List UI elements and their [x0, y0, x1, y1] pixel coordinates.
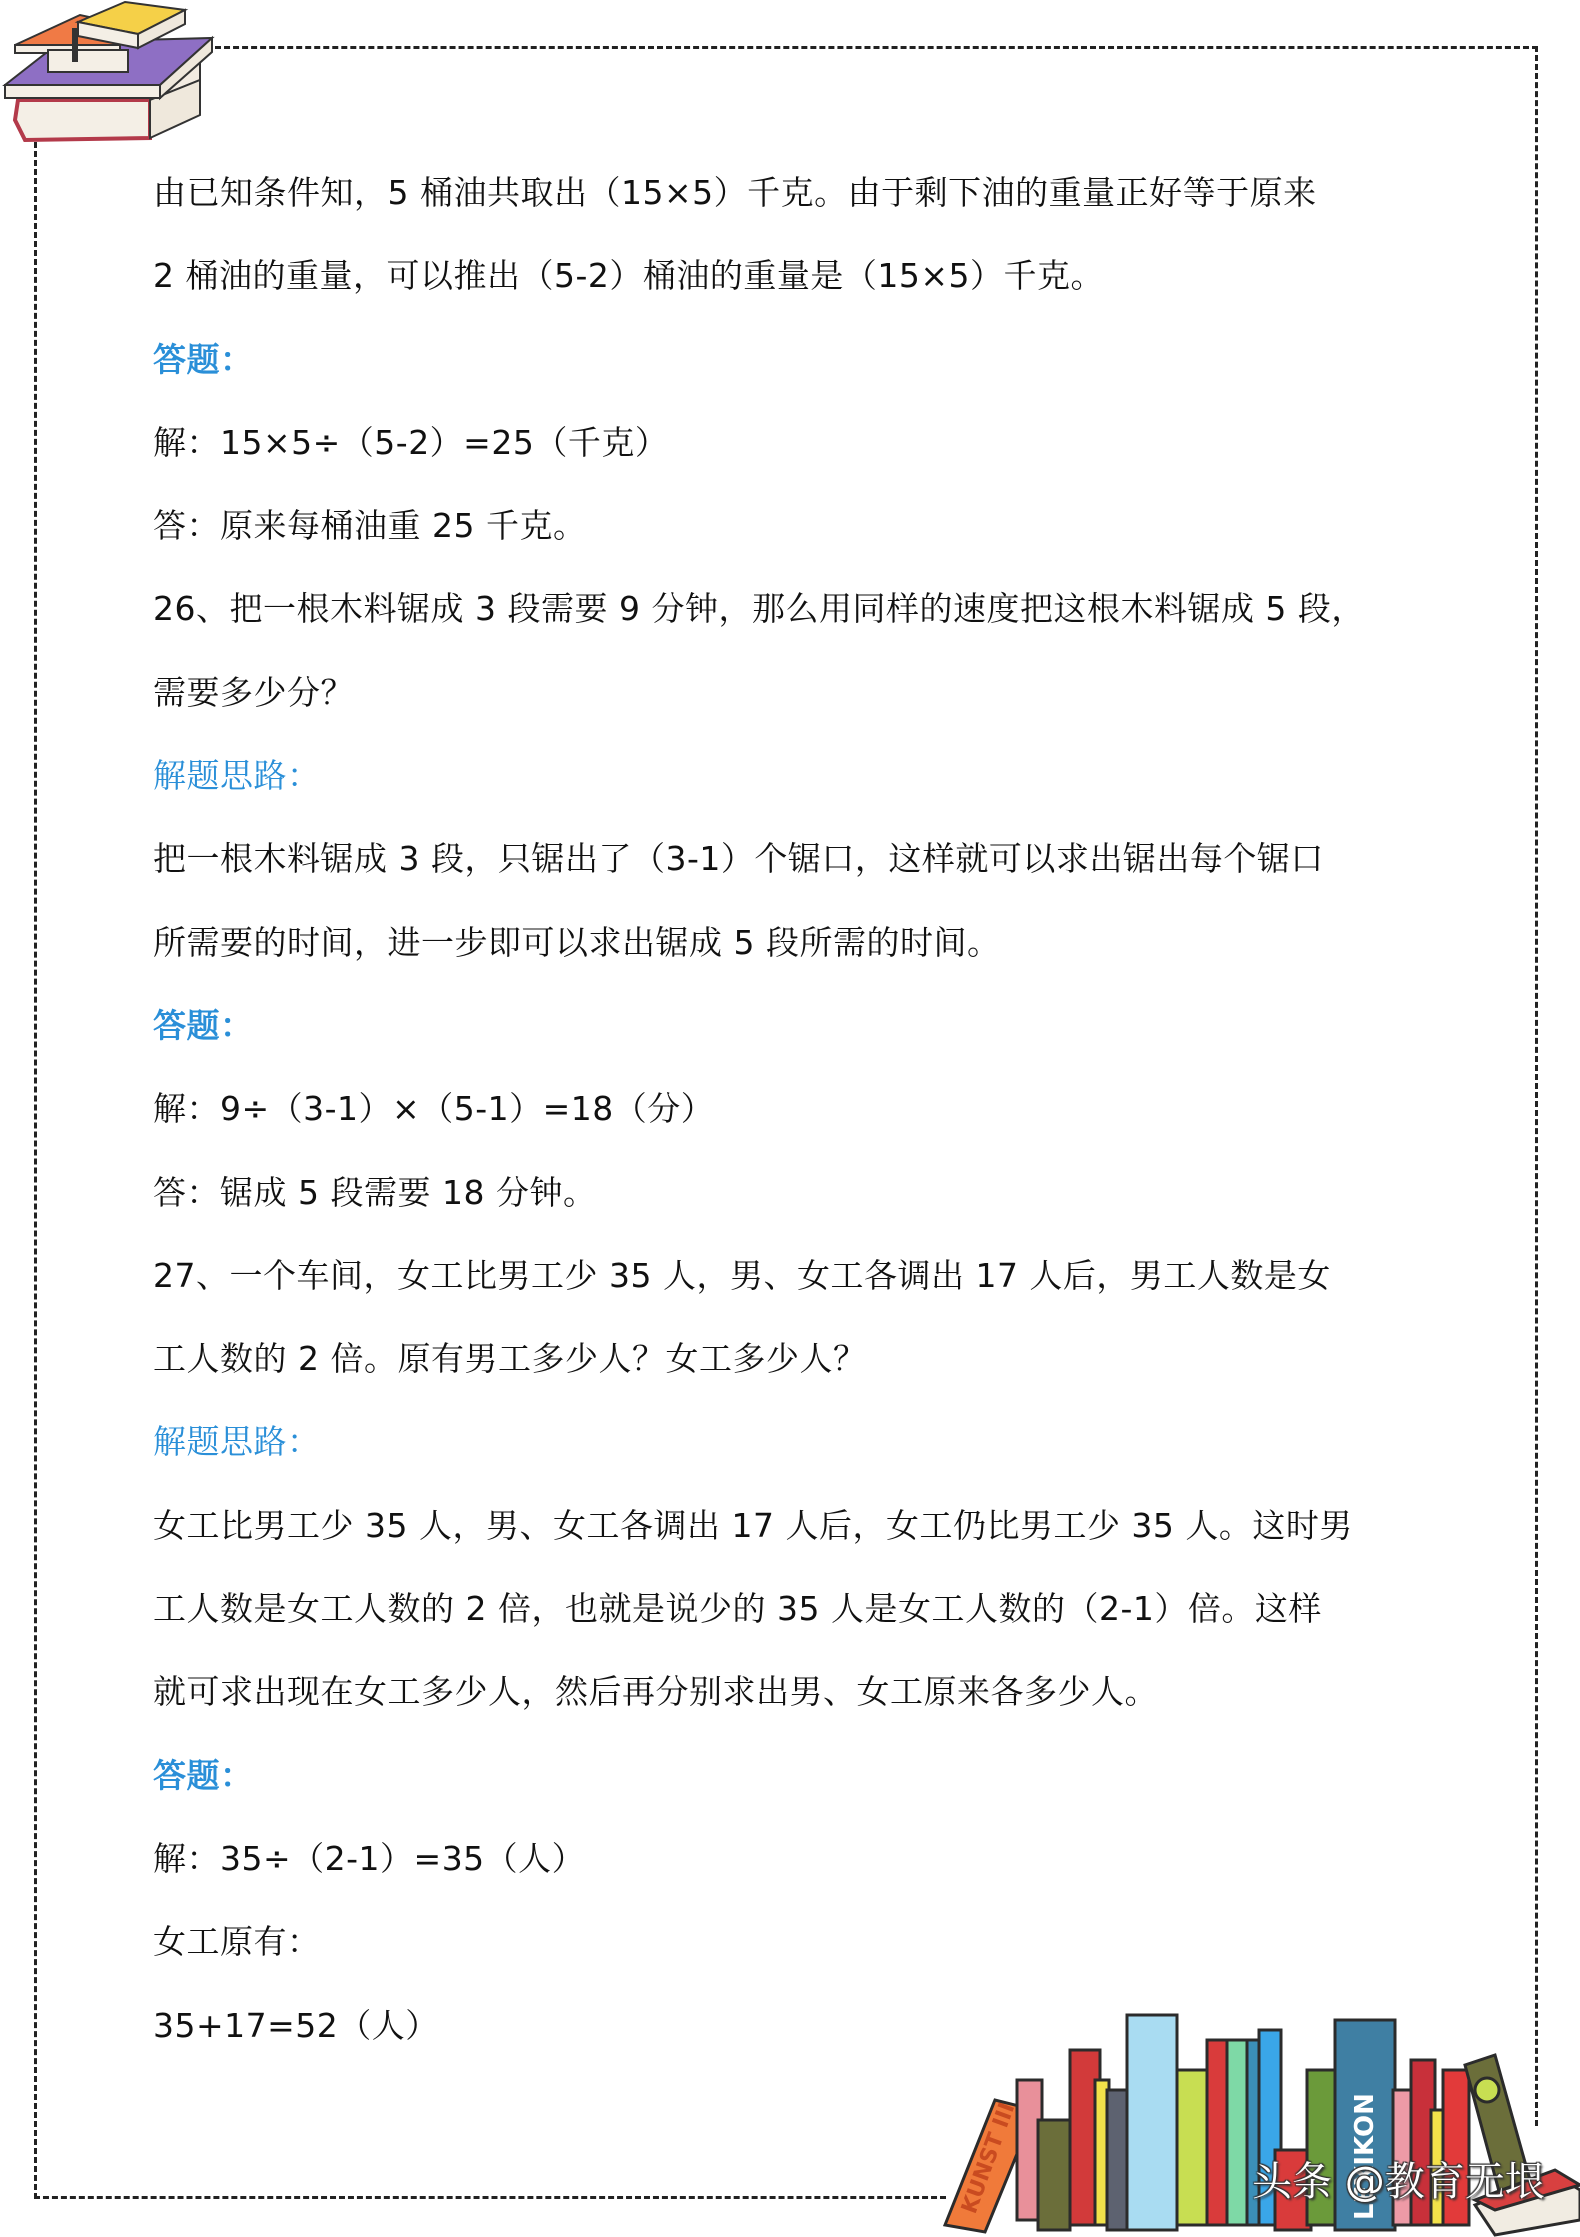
frame-border-top	[215, 46, 1538, 49]
question-27: 27、一个车间，女工比男工少 35 人，男、女工各调出 17 人后，男工人数是女	[153, 1251, 1543, 1334]
text-line: 由已知条件知，5 桶油共取出（15×5）千克。由于剩下油的重量正好等于原来	[153, 168, 1543, 251]
document-body: 由已知条件知，5 桶油共取出（15×5）千克。由于剩下油的重量正好等于原来 2 …	[153, 168, 1543, 2084]
book-stack-icon	[0, 0, 220, 145]
answer-line: 答：原来每桶油重 25 千克。	[153, 501, 1543, 584]
frame-border-bottom	[34, 2196, 946, 2199]
text-line: 2 桶油的重量，可以推出（5-2）桶油的重量是（15×5）千克。	[153, 251, 1543, 334]
answer-line: 答：锯成 5 段需要 18 分钟。	[153, 1168, 1543, 1251]
text-line: 把一根木料锯成 3 段，只锯出了（3-1）个锯口，这样就可以求出锯出每个锯口	[153, 834, 1543, 917]
question-27-cont: 工人数的 2 倍。原有男工多少人？女工多少人？	[153, 1334, 1543, 1417]
text-line: 就可求出现在女工多少人，然后再分别求出男、女工原来各多少人。	[153, 1667, 1543, 1750]
solution-line: 解：9÷（3-1）×（5-1）=18（分）	[153, 1084, 1543, 1167]
text-line: 工人数是女工人数的 2 倍，也就是说少的 35 人是女工人数的（2-1）倍。这样	[153, 1584, 1543, 1667]
section-heading-approach: 解题思路：	[153, 1417, 1543, 1500]
frame-border-left	[34, 142, 37, 2199]
solution-line: 解：35÷（2-1）=35（人）	[153, 1834, 1543, 1917]
question-26-cont: 需要多少分？	[153, 668, 1543, 751]
solution-line: 解：15×5÷（5-2）=25（千克）	[153, 418, 1543, 501]
section-heading-approach: 解题思路：	[153, 751, 1543, 834]
section-heading-answer: 答题：	[153, 1751, 1543, 1834]
watermark: 头条 @教育无垠	[1252, 2150, 1545, 2207]
section-heading-answer: 答题：	[153, 1001, 1543, 1084]
section-heading-answer: 答题：	[153, 335, 1543, 418]
text-line: 女工比男工少 35 人，男、女工各调出 17 人后，女工仍比男工少 35 人。这…	[153, 1501, 1543, 1584]
text-line: 所需要的时间，进一步即可以求出锯成 5 段所需的时间。	[153, 918, 1543, 1001]
question-26: 26、把一根木料锯成 3 段需要 9 分钟，那么用同样的速度把这根木料锯成 5 …	[153, 584, 1543, 667]
